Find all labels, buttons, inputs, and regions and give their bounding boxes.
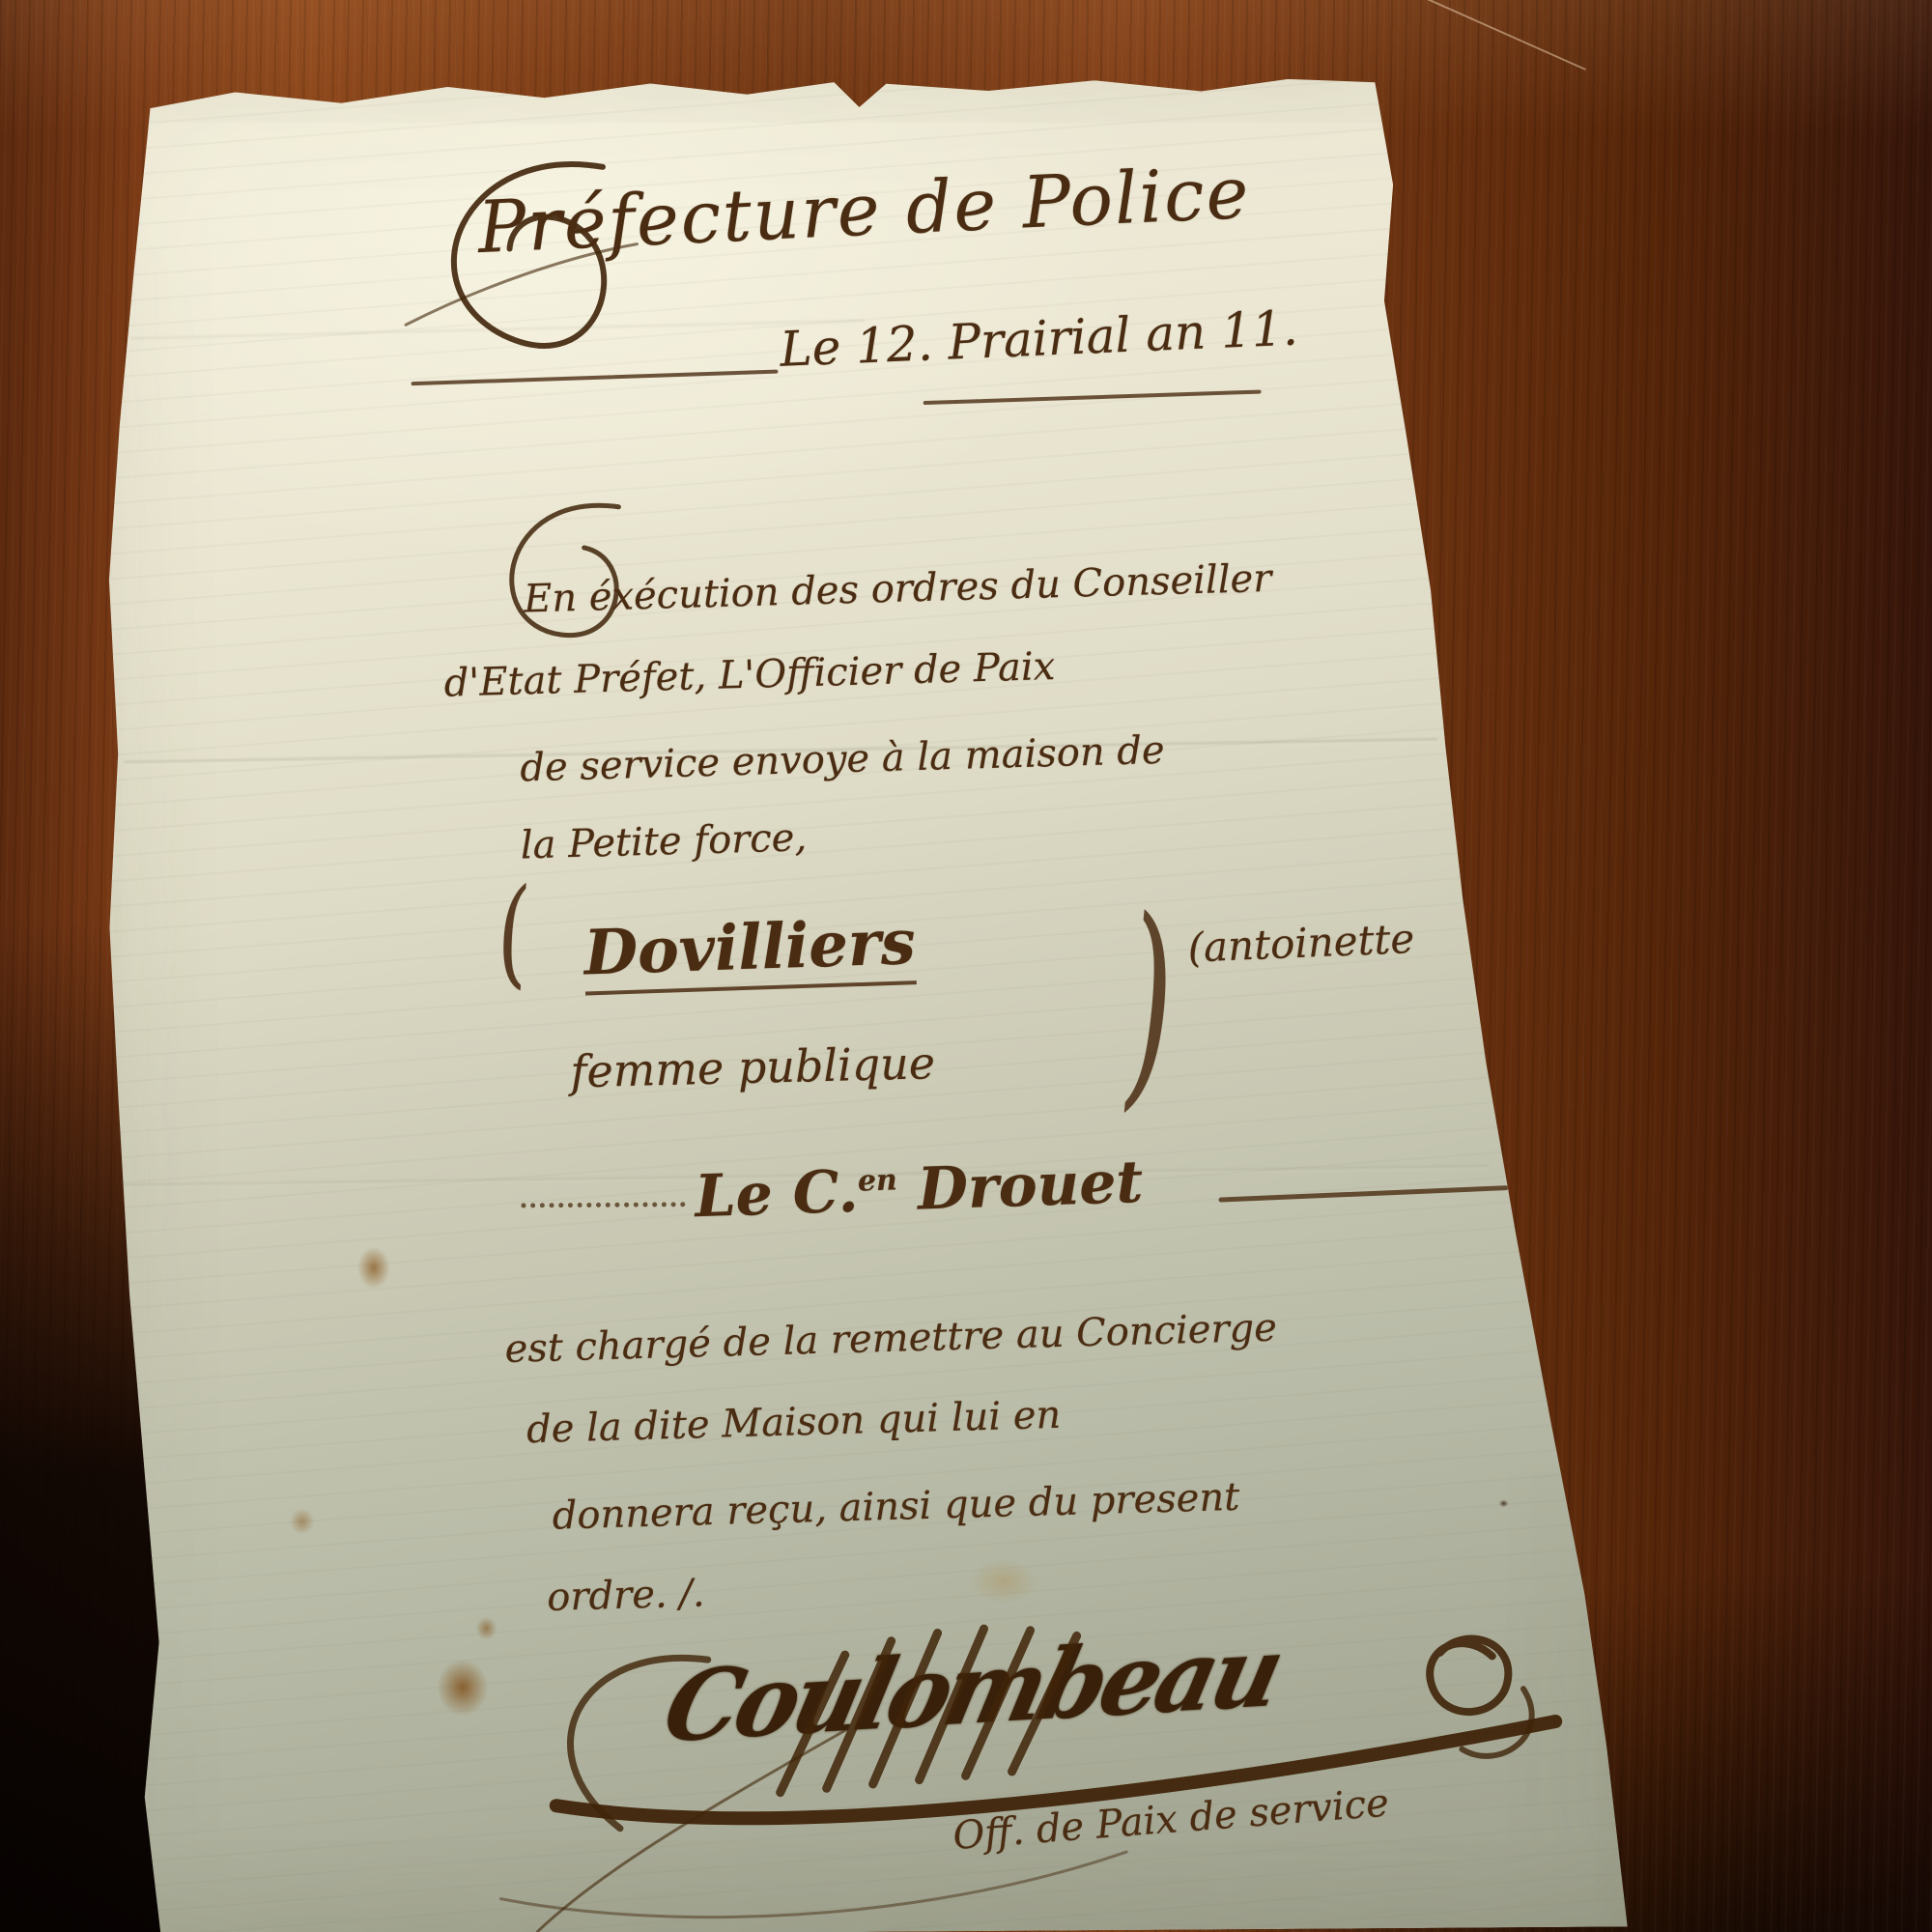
rust-stain [438, 1660, 488, 1716]
rust-stain [357, 1246, 390, 1289]
leader-dots [521, 1202, 685, 1207]
date-underline [923, 390, 1262, 406]
open-paren-flourish: ( [492, 865, 534, 1003]
rust-stain [290, 1508, 315, 1535]
body-line: la Petite force, [520, 815, 807, 867]
body-line: est chargé de la remettre au Concierge [504, 1306, 1278, 1372]
bottom-sweep-flourish [489, 1838, 1147, 1932]
body-line: donnera reçu, ainsi que du present [552, 1475, 1240, 1539]
closing-brace-flourish: ) [1124, 892, 1174, 1114]
bearer-line: Le C.en Drouet [694, 1149, 1144, 1231]
detainee-surname: Dovilliers [582, 906, 917, 995]
detainee-status: femme publique [570, 1037, 936, 1097]
rust-stain [475, 1617, 497, 1640]
photo-of-document: Préfecture de Police Le 12. Prairial an … [0, 0, 1932, 1932]
body-line: de la dite Maison qui lui en [526, 1393, 1062, 1452]
bearer-lead: Le C. [694, 1158, 859, 1232]
body-line: de service envoye à la maison de [520, 728, 1165, 791]
ink-speck [1499, 1499, 1509, 1507]
detainee-given-name: (antoinette [1187, 915, 1415, 972]
bearer-superscript: en [857, 1163, 897, 1198]
document-date: Le 12. Prairial an 11. [779, 299, 1298, 377]
trailing-dash [1218, 1185, 1508, 1203]
bearer-name: Drouet [917, 1149, 1144, 1224]
